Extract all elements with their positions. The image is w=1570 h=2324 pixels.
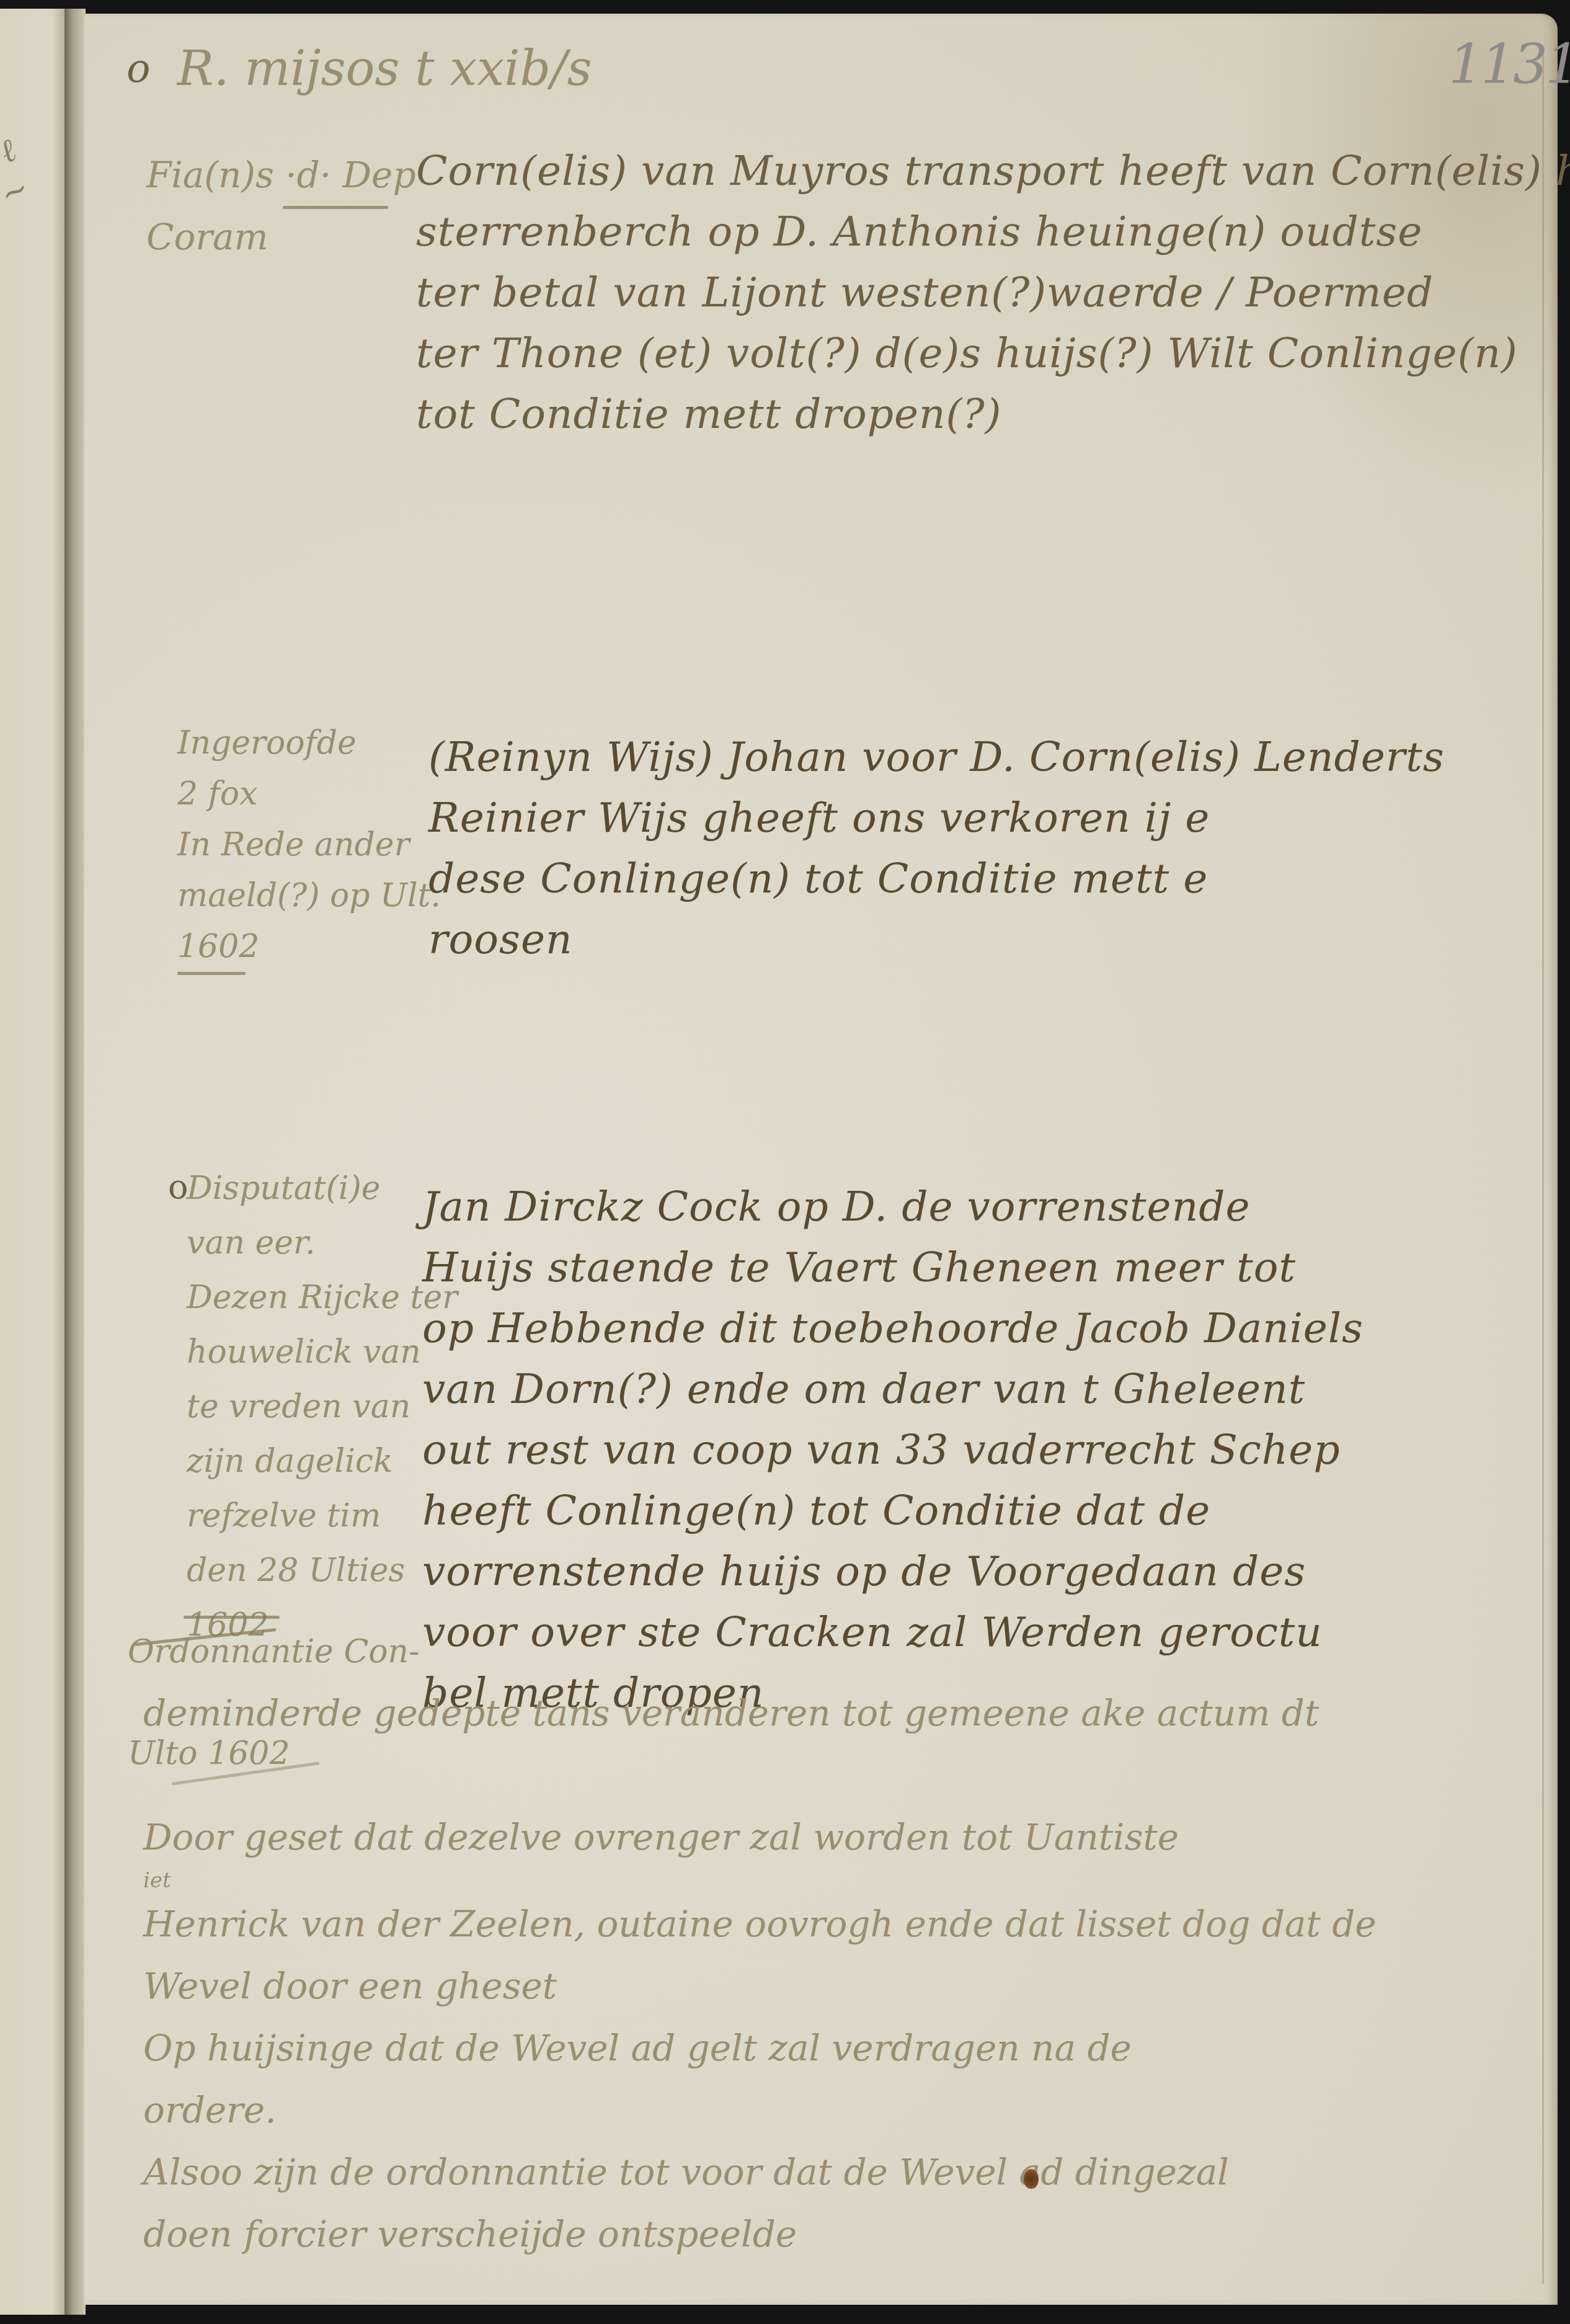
body-line: dese Conlinge(n) tot Conditie mett e (428, 848, 1445, 909)
entry-body: Jan Dirckz Cock op D. de vorrenstende Hu… (422, 1177, 1364, 1724)
margin-note: Ingeroofde 2 fox In Rede ander maeld(?) … (177, 718, 441, 972)
margin-note-line: maeld(?) op Ult. (177, 870, 441, 921)
margin-underline (283, 206, 388, 209)
margin-note-line: refzelve tim (187, 1489, 458, 1543)
facing-page: ℓ ~ (0, 9, 64, 2315)
book-gutter (64, 9, 86, 2315)
margin-note-line: houwelick van (187, 1325, 458, 1379)
body-line: Reinier Wijs gheeft ons verkoren ij e (428, 788, 1445, 848)
notes-line: deminderde gedepte tans veranderen tot g… (143, 1682, 1377, 1744)
body-line: ter Thone (et) volt(?) d(e)s huijs(?) Wi… (416, 323, 1570, 384)
body-line: Huijs staende te Vaert Gheneen meer tot (422, 1237, 1364, 1298)
notes-line: iet (143, 1868, 1377, 1893)
body-line: roosen (428, 909, 1445, 970)
body-line: ter betal van Lijont westen(?)waerde / P… (416, 262, 1570, 323)
body-line: out rest van coop van 33 vaderrecht Sche… (422, 1420, 1364, 1480)
margin-note-line: Coram (146, 206, 416, 268)
margin-note-line: van eer. (187, 1216, 458, 1270)
margin-underline (184, 1616, 280, 1619)
facing-page-mark: ℓ (0, 131, 22, 171)
notes-line: Door geset dat dezelve ovrenger zal word… (143, 1806, 1377, 1868)
header-bullet: o (126, 46, 151, 92)
margin-note-line: zijn dagelick (187, 1434, 458, 1489)
notes-line: ordere. (143, 2079, 1377, 2141)
margin-note-line: Disputat(i)e (187, 1161, 458, 1216)
margin-note-line: Ingeroofde (177, 718, 441, 768)
facing-page-mark: ~ (0, 169, 35, 215)
notes-line: Alsoo zijn de ordonnantie tot voor dat d… (143, 2141, 1377, 2203)
margin-note-line: 2 fox (177, 768, 441, 819)
margin-underline (177, 972, 246, 975)
margin-note-line: den 28 Ulties (187, 1543, 458, 1598)
margin-note-line: 1602 (177, 921, 441, 972)
folio-number: 1131 (1448, 32, 1570, 96)
entry-body: (Reinyn Wijs) Johan voor D. Corn(elis) L… (428, 727, 1445, 970)
entry-bullet: o (168, 1167, 188, 1206)
body-line: Jan Dirckz Cock op D. de vorrenstende (422, 1177, 1364, 1237)
margin-note-line: Dezen Rijcke ter (187, 1270, 458, 1325)
notes-line: Henrick van der Zeelen, outaine oovrogh … (143, 1893, 1377, 1955)
notes-line: Op huijsinge dat de Wevel ad gelt zal ve… (143, 2017, 1377, 2079)
body-line: (Reinyn Wijs) Johan voor D. Corn(elis) L… (428, 727, 1445, 788)
manuscript-page: o R. mijsos t xxib/s 1131 Fia(n)s ·d· De… (84, 14, 1558, 2305)
margin-note-line: In Rede ander (177, 819, 441, 870)
body-line: heeft Conlinge(n) tot Conditie dat de (422, 1480, 1364, 1541)
margin-note-line: Fia(n)s ·d· Dep (146, 144, 416, 206)
ink-stain (1024, 2169, 1039, 2189)
notes-body: deminderde gedepte tans veranderen tot g… (143, 1682, 1377, 2265)
header-reference: R. mijsos t xxib/s (177, 41, 592, 97)
notes-line: Wevel door een gheset (143, 1955, 1377, 2017)
body-line: op Hebbende dit toebehoorde Jacob Daniel… (422, 1298, 1364, 1359)
entry-body: Corn(elis) van Muyros transport heeft va… (416, 141, 1570, 445)
body-line: voor over ste Cracken zal Werden geroctu (422, 1602, 1364, 1663)
body-line: vorrenstende huijs op de Voorgedaan des (422, 1541, 1364, 1602)
margin-note-line: te vreden van (187, 1379, 458, 1434)
body-line: tot Conditie mett dropen(?) (416, 384, 1570, 445)
body-line: van Dorn(?) ende om daer van t Gheleent (422, 1359, 1364, 1420)
margin-note: Disputat(i)e van eer. Dezen Rijcke ter h… (187, 1161, 458, 1652)
margin-note-line: Ordonnantie Con- (128, 1626, 466, 1677)
notes-line: doen forcier verscheijde ontspeelde (143, 2203, 1377, 2265)
body-line: sterrenberch op D. Anthonis heuinge(n) o… (416, 202, 1570, 262)
body-line: Corn(elis) van Muyros transport heeft va… (416, 141, 1570, 202)
